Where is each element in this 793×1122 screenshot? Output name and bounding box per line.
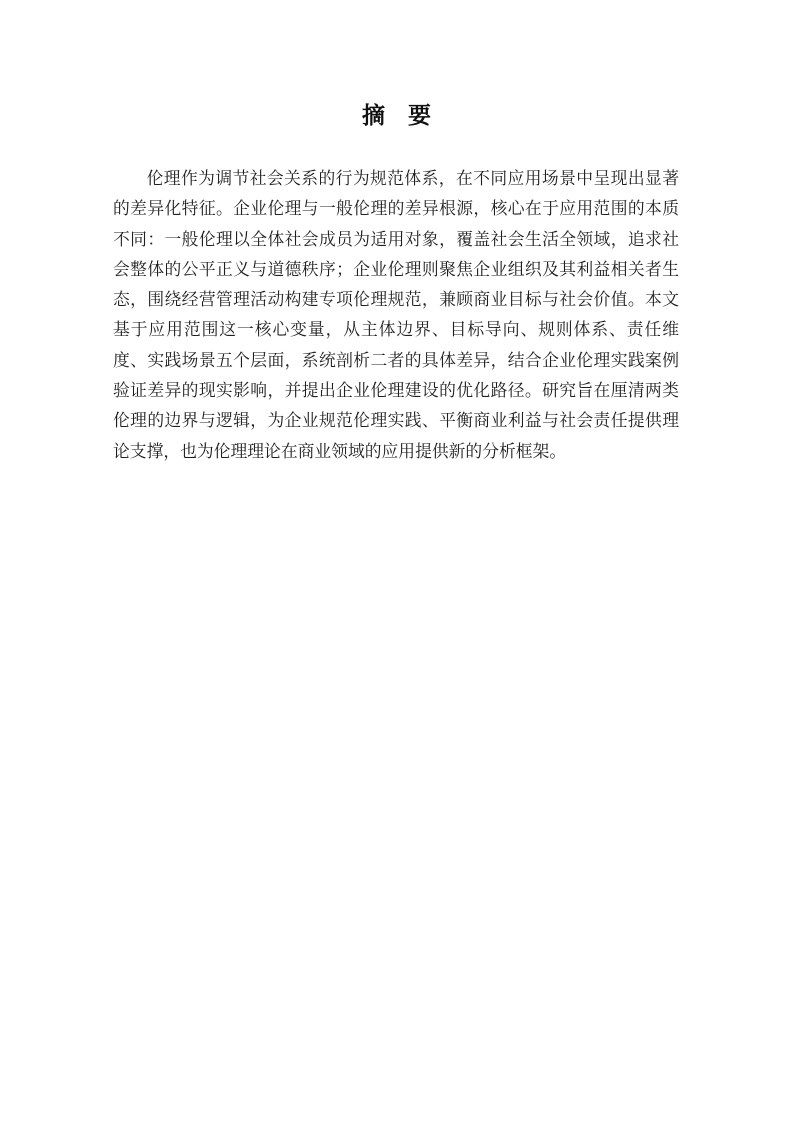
abstract-title: 摘 要 (0, 100, 793, 130)
document-page: 摘 要 伦理作为调节社会关系的行为规范体系，在不同应用场景中呈现出显著的差异化特… (0, 0, 793, 1122)
abstract-paragraph: 伦理作为调节社会关系的行为规范体系，在不同应用场景中呈现出显著的差异化特征。企业… (113, 164, 679, 467)
